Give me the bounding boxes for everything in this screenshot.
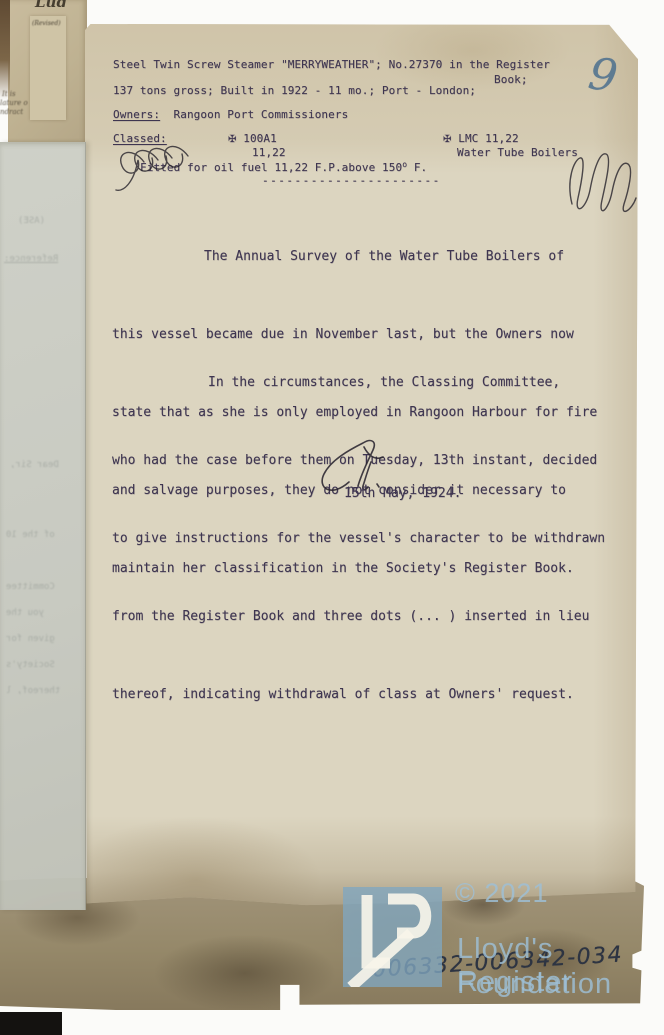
scan-background-corner	[0, 1012, 62, 1035]
ghost-text-fragment: Committee	[6, 582, 55, 592]
underlying-document-top-left: Lud (Revised) It is lature o ndract	[8, 0, 87, 144]
underlying-inner-sheet	[30, 16, 66, 120]
owners-label: Owners:	[113, 108, 160, 121]
class-2-notation: LMC 11,22	[458, 132, 519, 145]
paragraph-line: In the circumstances, the Classing Commi…	[112, 370, 624, 396]
class-entry-2: ✠ LMC 11,22	[443, 132, 519, 145]
margin-print-fragment: lature o	[0, 99, 28, 107]
ghost-text-fragment: thereof, l	[6, 686, 60, 696]
ghost-text-fragment: Dear Sir,	[10, 460, 59, 470]
letter-page: Steel Twin Screw Steamer "MERRYWEATHER";…	[85, 24, 638, 906]
scanned-document-page: Lud (Revised) It is lature o ndract Stee…	[0, 0, 664, 1035]
paper-stack-edge	[0, 0, 10, 100]
ghost-text-fragment: you the	[6, 608, 44, 618]
class-1-notation: 100A1	[243, 132, 277, 145]
ghost-text-fragment: Society's	[6, 660, 55, 670]
paragraph-line: to give instructions for the vessel's ch…	[112, 526, 624, 552]
header-line-1-carry: Book;	[494, 73, 528, 86]
paragraph-line: The Annual Survey of the Water Tube Boil…	[112, 244, 624, 270]
header-line-2: 137 tons gross; Built in 1922 - 11 mo.; …	[113, 84, 476, 97]
ghost-text-fragment: (ASE)	[18, 216, 45, 226]
pen-scribble-left	[110, 136, 195, 202]
paragraph-line: from the Register Book and three dots (.…	[112, 604, 624, 630]
underlying-note-fragment: (Revised)	[32, 20, 61, 27]
paragraph-line: thereof, indicating withdrawal of class …	[112, 682, 624, 708]
margin-print-fragment: ndract	[0, 108, 23, 116]
class-1-subnote: 11,22	[252, 146, 286, 159]
ghost-text-fragment: given for	[6, 634, 55, 644]
class-2-subnote: Water Tube Boilers	[457, 146, 578, 159]
owners-line: Owners: Rangoon Port Commissioners	[113, 108, 348, 121]
header-line-1: Steel Twin Screw Steamer "MERRYWEATHER";…	[113, 58, 550, 71]
ghost-text-fragment: of the 10	[6, 530, 55, 540]
underlying-title-fragment: Lud	[35, 0, 67, 11]
tissue-carbon-sheet: (ASE) Reference: Dear Sir, of the 10 Com…	[0, 142, 86, 910]
owners-value: Rangoon Port Commissioners	[174, 108, 349, 121]
handwritten-page-number: 9	[585, 48, 621, 103]
pen-scribble-right	[564, 146, 642, 222]
ghost-text-fragment: Reference:	[4, 254, 58, 264]
paragraph-2: In the circumstances, the Classing Commi…	[112, 318, 624, 760]
class-entry-1: ✠ 100A1	[228, 132, 277, 145]
date-line: 15th May, 1924.	[344, 486, 461, 501]
typed-separator: ----------------------	[262, 174, 441, 187]
